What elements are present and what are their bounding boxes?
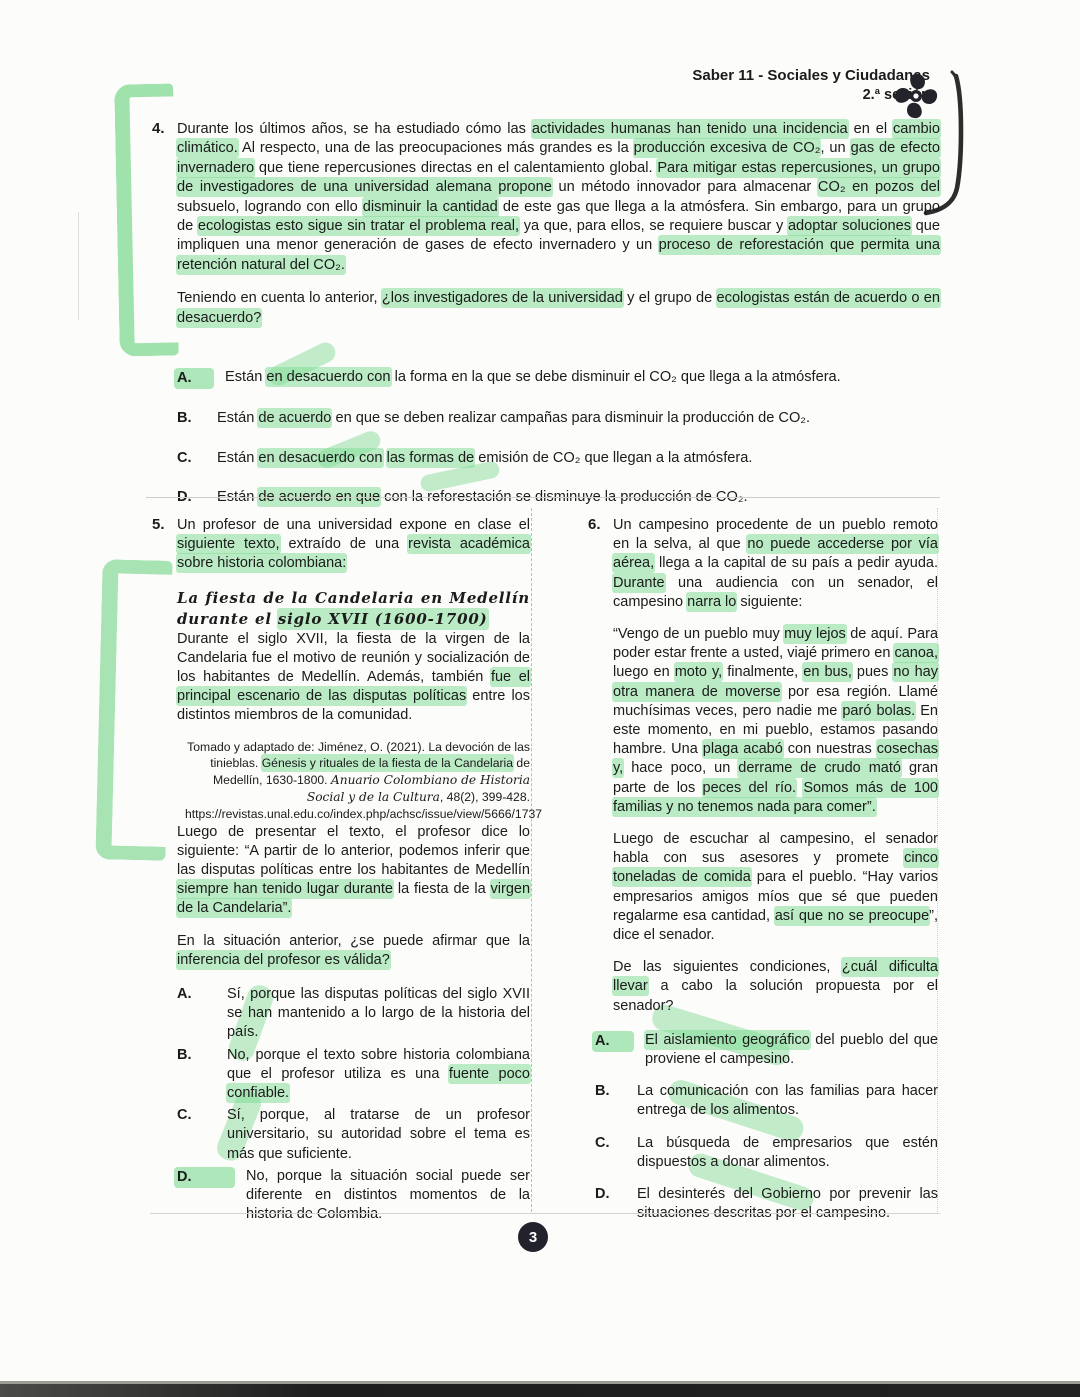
question-number: 4.: [152, 120, 177, 508]
option-text: Están de acuerdo en que se deben realiza…: [217, 409, 940, 428]
option-row: C. Están en desacuerdo con las formas de…: [177, 449, 940, 468]
question-prompt: Teniendo en cuenta lo anterior, ¿los inv…: [177, 289, 940, 328]
option-text: Sí, porque, al tratarse de un profesor u…: [227, 1106, 530, 1164]
option-letter: C.: [177, 1106, 227, 1164]
section-divider: [146, 497, 940, 498]
question-stem: Durante los últimos años, se ha estudiad…: [177, 120, 940, 275]
question-number: 5.: [152, 516, 177, 1224]
option-letter: A.: [592, 1031, 634, 1052]
question-5: 5. Un profesor de una universidad expone…: [152, 516, 530, 1224]
senator-paragraph: Luego de escuchar al campesino, el senad…: [613, 830, 938, 945]
page-number: 3: [529, 1229, 537, 1246]
two-column-section: 5. Un profesor de una universidad expone…: [152, 516, 940, 1224]
option-letter: A.: [177, 985, 227, 1043]
campesino-quote: “Vengo de un pueblo muy muy lejos de aqu…: [613, 625, 938, 817]
followup-paragraph: Luego de presentar el texto, el profesor…: [177, 823, 530, 919]
options-list: A. Están en desacuerdo con la forma en l…: [177, 368, 940, 508]
option-row: C. Sí, porque, al tratarse de un profeso…: [177, 1106, 530, 1164]
option-text: Sí, porque las disputas políticas del si…: [227, 985, 530, 1043]
question-4: 4. Durante los últimos años, se ha estud…: [152, 120, 940, 508]
source-citation: Tomado y adaptado de: Jiménez, O. (2021)…: [177, 739, 530, 823]
option-text: No, porque la situación social puede ser…: [246, 1167, 530, 1225]
option-row: B. La comunicación con las familias para…: [613, 1082, 938, 1120]
option-row: C. La búsqueda de empresarios que estén …: [613, 1134, 938, 1172]
options-list: A. Sí, porque las disputas políticas del…: [177, 985, 530, 1224]
option-text: La búsqueda de empresarios que estén dis…: [637, 1134, 938, 1172]
option-row: A. El aislamiento geográfico del pueblo …: [613, 1031, 938, 1069]
option-text: El aislamiento geográfico del pueblo del…: [645, 1031, 938, 1069]
bottom-divider: [150, 1213, 940, 1214]
option-row: B. No, porque el texto sobre historia co…: [177, 1046, 530, 1104]
option-row: A. Sí, porque las disputas políticas del…: [177, 985, 530, 1043]
option-text: Están en desacuerdo con las formas de em…: [217, 449, 940, 468]
icfes-flower-logo-icon: [893, 72, 939, 120]
option-text: No, porque el texto sobre historia colom…: [227, 1046, 530, 1104]
option-letter: A.: [174, 368, 214, 389]
scan-edge-band: [0, 1384, 1080, 1397]
question-prompt: De las siguientes condiciones, ¿cuál dif…: [613, 958, 938, 1016]
option-text: La comunicación con las familias para ha…: [637, 1082, 938, 1120]
options-list: A. El aislamiento geográfico del pueblo …: [613, 1031, 938, 1224]
option-text: Están en desacuerdo con la forma en la q…: [225, 368, 940, 389]
scanned-exam-page: Saber 11 - Sociales y Ciudadanas 2.ª ses…: [0, 0, 1080, 1397]
question-6: 6. Un campesino procedente de un pueblo …: [588, 516, 938, 1224]
option-letter: C.: [177, 449, 217, 468]
question-prompt: En la situación anterior, ¿se puede afir…: [177, 932, 530, 970]
scan-crease-line: [78, 212, 79, 320]
article-title: La fiesta de la Candelaria en Medellín d…: [177, 588, 530, 630]
option-letter: D.: [174, 1167, 235, 1188]
option-row: B. Están de acuerdo en que se deben real…: [177, 409, 940, 428]
option-letter: B.: [177, 409, 217, 428]
question-stem: Un campesino procedente de un pueblo rem…: [613, 516, 938, 612]
option-letter: D.: [595, 1185, 637, 1223]
option-row: D. El desinterés del Gobierno por preven…: [613, 1185, 938, 1223]
page-number-badge: 3: [518, 1222, 548, 1252]
option-text: El desinterés del Gobierno por prevenir …: [637, 1185, 938, 1223]
option-letter: C.: [595, 1134, 637, 1172]
option-letter: B.: [177, 1046, 227, 1104]
option-row: D. No, porque la situación social puede …: [177, 1167, 530, 1225]
option-letter: B.: [595, 1082, 637, 1120]
article-body: Durante el siglo XVII, la fiesta de la v…: [177, 630, 530, 726]
question-stem: Un profesor de una universidad expone en…: [177, 516, 530, 574]
option-row: A. Están en desacuerdo con la forma en l…: [177, 368, 940, 389]
